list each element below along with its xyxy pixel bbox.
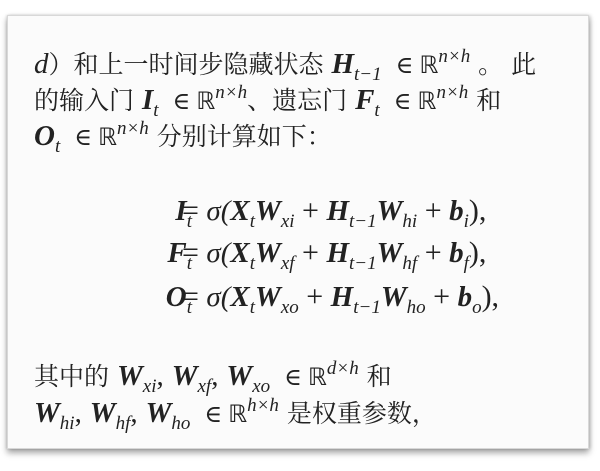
text: 和 [476, 86, 501, 115]
math-set: ℝ [228, 400, 247, 428]
math-set: ℝ [417, 87, 436, 115]
math-sup: n×h [438, 46, 470, 67]
math-var: I [142, 84, 153, 116]
math-var: F [355, 84, 374, 116]
math-set: ℝ [308, 363, 327, 391]
math-var: W [34, 397, 60, 429]
math-set: ℝ [419, 51, 438, 79]
math-sub: hi [60, 413, 75, 434]
equation-rhs: = σ(XtWxo + Ht−1Who + bo), [182, 280, 499, 325]
math-sup: n×h [436, 82, 468, 103]
math-sub: t [55, 136, 60, 157]
text: 分别计算如下： [157, 122, 332, 151]
text: 。 [478, 50, 503, 79]
math-op: ∈ [388, 87, 418, 115]
math-sub: ho [171, 413, 190, 434]
math-sub: t [374, 100, 379, 121]
math-var: O [34, 120, 55, 152]
math-var: H [331, 48, 354, 80]
math-op: ∈ [278, 363, 308, 391]
paragraph-line-3: Ot ∈ℝn×h 分别计算如下： [34, 114, 332, 162]
closing-line-2: Whi, Whf, Who ∈ℝh×h 是权重参数， [34, 391, 437, 439]
math-set: ℝ [98, 123, 117, 151]
math-var: W [117, 360, 143, 392]
text-content: d）和上一时间步隐藏状态 Ht−1 ∈ℝn×h 。 此 的输入门 It ∈ℝn×… [34, 16, 581, 448]
text: 其中的 [34, 362, 109, 391]
math-set: ℝ [196, 87, 215, 115]
text-card: d）和上一时间步隐藏状态 Ht−1 ∈ℝn×h 。 此 的输入门 It ∈ℝn×… [7, 15, 589, 449]
text: 是权重参数， [287, 399, 437, 428]
math-var: d [34, 48, 49, 80]
math-var: W [172, 360, 198, 392]
math-var: W [146, 397, 172, 429]
text: 和 [367, 362, 392, 391]
math-sup: n×h [215, 82, 247, 103]
equation-rhs: = σ(XtWxf + Ht−1Whf + bf), [182, 236, 486, 281]
math-op: ∈ [198, 400, 228, 428]
math-op: ∈ [68, 123, 98, 151]
text: ）和上一时间步隐藏状态 [49, 50, 324, 79]
text: 、遗忘门 [247, 86, 347, 115]
math-sup: n×h [117, 118, 149, 139]
equation-rhs: = σ(XtWxi + Ht−1Whi + bi), [182, 194, 486, 239]
math-var: W [90, 397, 116, 429]
math-var: W [226, 360, 252, 392]
math-sup: h×h [247, 395, 279, 416]
math-op: ∈ [390, 51, 420, 79]
math-op: ∈ [167, 87, 197, 115]
math-sub: hf [116, 413, 131, 434]
math-sup: d×h [327, 358, 359, 379]
text-clipped: 此 [511, 50, 536, 79]
text: 的输入门 [34, 86, 134, 115]
